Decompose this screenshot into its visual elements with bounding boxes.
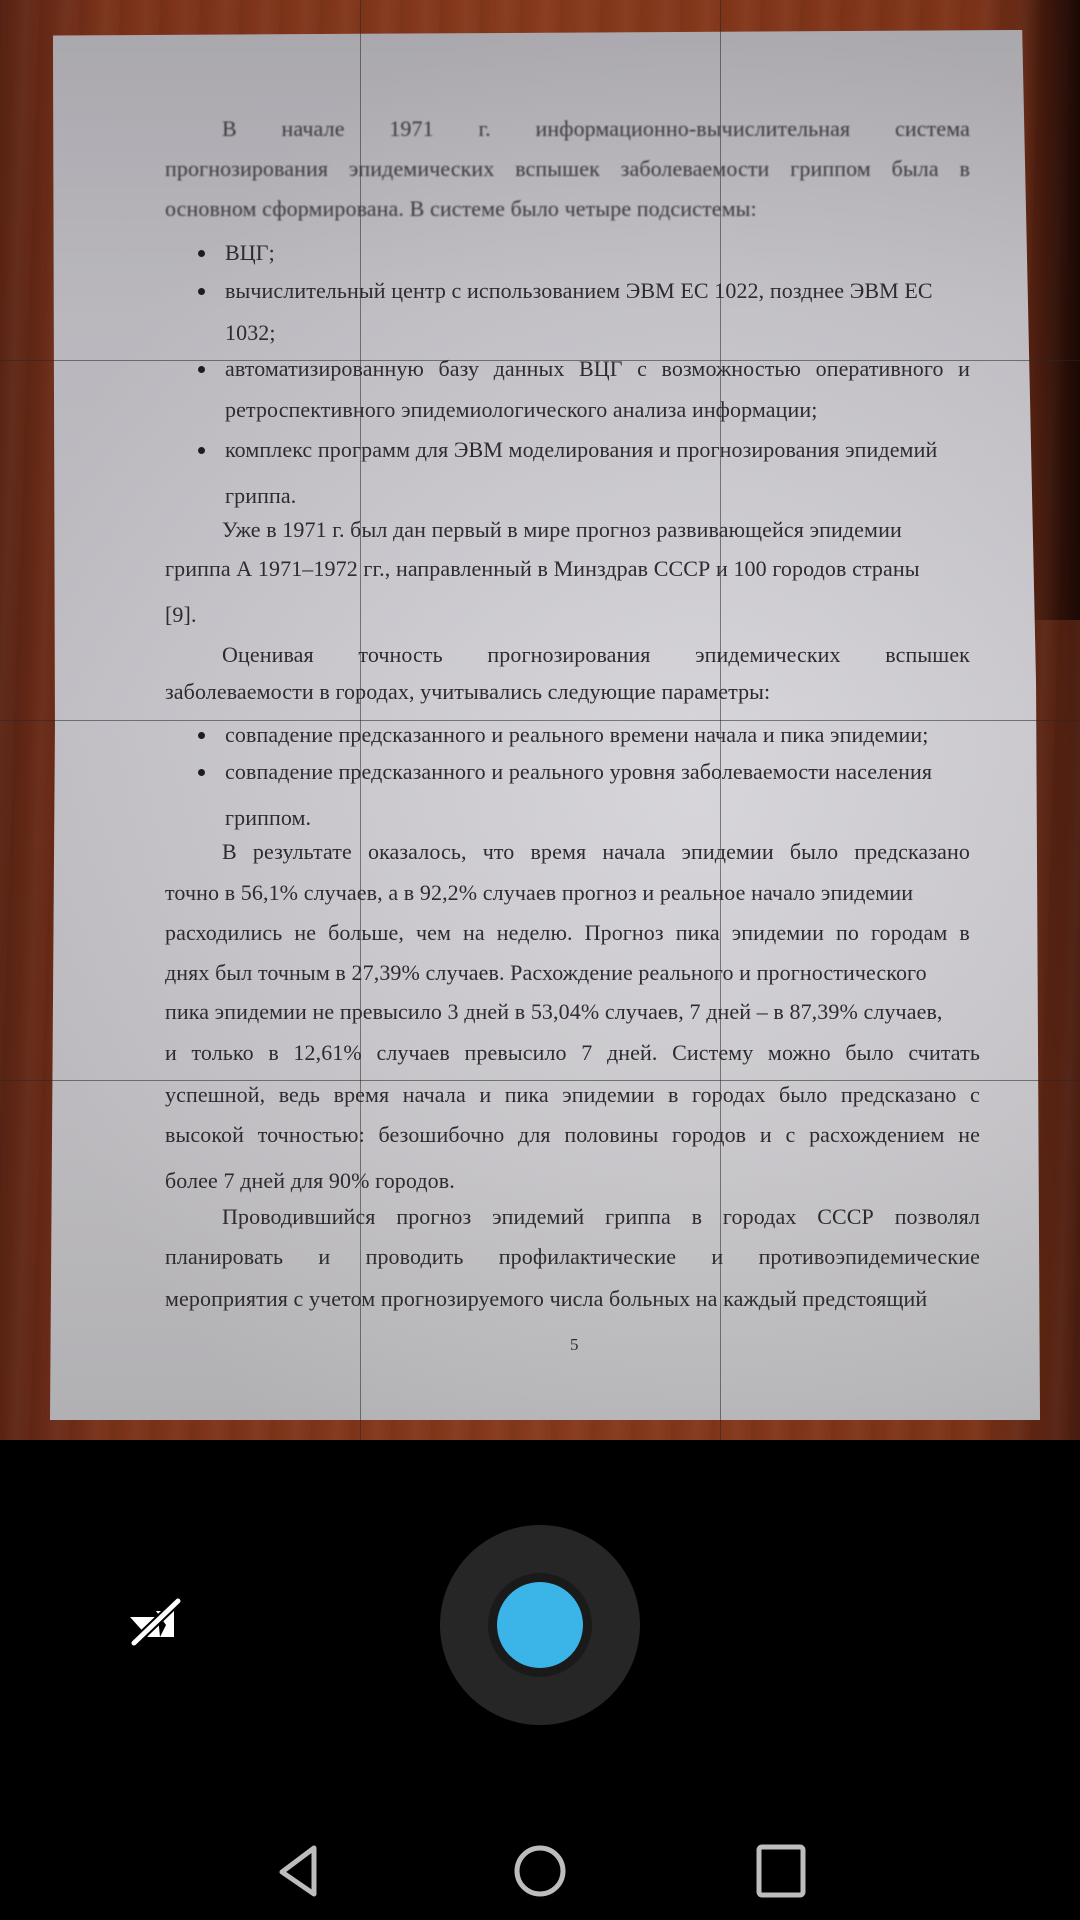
document-word: предсказано — [841, 1084, 957, 1106]
document-word: ведь — [279, 1084, 320, 1106]
document-word: в — [959, 922, 970, 944]
document-line: заболеваемости в городах, учитывались сл… — [165, 681, 770, 703]
document-line: прогнозированияэпидемическихвспышекзабол… — [165, 158, 970, 180]
document-word: и — [958, 358, 970, 380]
document-word: гриппом — [790, 158, 871, 180]
document-word: городов — [672, 1124, 746, 1146]
document-word: В — [222, 841, 237, 863]
document-word: оперативного — [816, 358, 944, 380]
document-line: Проводившийсяпрогнозэпидемийгриппавгород… — [222, 1206, 980, 1228]
bullet-dot — [198, 366, 205, 373]
bullet-dot — [198, 250, 205, 257]
document-word: больше, — [328, 922, 404, 944]
document-word: пика — [676, 922, 720, 944]
document-word: неделю. — [497, 922, 573, 944]
document-word: эпидемических — [695, 644, 841, 666]
document-word: по — [836, 922, 859, 944]
document-word: в — [692, 1206, 703, 1228]
flash-toggle-button[interactable] — [122, 1585, 198, 1661]
document-line: гриппом. — [225, 807, 311, 829]
page-number: 5 — [570, 1335, 579, 1355]
document-line: пика эпидемии не превысило 3 дней в 53,0… — [165, 1001, 943, 1023]
bullet-dot — [198, 732, 205, 739]
grid-line-horizontal-3 — [0, 1080, 1080, 1081]
document-word: проводить — [366, 1246, 464, 1268]
document-word: Оценивая — [222, 644, 314, 666]
document-line: Врезультатеоказалось,чтовремяначалаэпиде… — [222, 841, 970, 863]
document-line: успешной,ведьвремяначалаипикаэпидемиивго… — [165, 1084, 980, 1106]
document-word: не — [294, 922, 316, 944]
document-word: эпидемии — [562, 1084, 654, 1106]
document-word: информационно-вычислительная — [535, 118, 850, 140]
document-word: считать — [908, 1042, 980, 1064]
document-word: Прогноз — [585, 922, 664, 944]
document-word: эпидемий — [492, 1206, 584, 1228]
document-word: городам — [871, 922, 947, 944]
document-word: Систему — [672, 1042, 753, 1064]
nav-home-button[interactable] — [505, 1836, 575, 1906]
document-word: половины — [564, 1124, 658, 1146]
document-word: гриппа — [605, 1206, 671, 1228]
document-word: возможностью — [662, 358, 802, 380]
document-line: мероприятия с учетом прогнозируемого чис… — [165, 1288, 927, 1310]
document-line: днях был точным в 27,39% случаев. Расхож… — [165, 962, 927, 984]
document-word: базу — [439, 358, 480, 380]
document-word: превысило — [465, 1042, 567, 1064]
document-line: Уже в 1971 г. был дан первый в мире прог… — [222, 519, 902, 541]
document-word: в — [668, 1084, 679, 1106]
document-word: и — [318, 1246, 330, 1268]
document-word: городах — [692, 1084, 766, 1106]
document-line: основном сформирована. В системе было че… — [165, 198, 757, 220]
document-word: на — [463, 922, 485, 944]
nav-recents-button[interactable] — [746, 1836, 816, 1906]
document-word: только — [191, 1042, 253, 1064]
document-word: время — [334, 1084, 390, 1106]
document-line: совпадение предсказанного и реального вр… — [225, 724, 928, 746]
grid-line-horizontal-1 — [0, 360, 1080, 361]
document-word: и — [479, 1084, 491, 1106]
document-line: гриппа А 1971–1972 гг., направленный в М… — [165, 558, 920, 580]
document-word: с — [785, 1124, 795, 1146]
document-word: оказалось, — [368, 841, 467, 863]
document-word: в — [268, 1042, 279, 1064]
document-word: заболеваемости — [621, 158, 770, 180]
document-line: [9]. — [165, 604, 197, 626]
document-word: безошибочно — [379, 1124, 505, 1146]
document-word: результате — [253, 841, 352, 863]
document-word: автоматизированную — [225, 358, 424, 380]
document-line: комплекс программ для ЭВМ моделирования … — [225, 439, 937, 461]
grid-line-horizontal-2 — [0, 720, 1080, 721]
document-line: расходилисьнебольше,чемнанеделю.Прогнозп… — [165, 922, 970, 944]
document-line: 1032; — [225, 322, 276, 344]
document-line: ретроспективного эпидемиологического ана… — [225, 399, 817, 421]
bullet-dot — [198, 288, 205, 295]
flash-off-icon — [122, 1585, 198, 1661]
recents-square-icon — [746, 1836, 816, 1906]
document-word: данных — [494, 358, 565, 380]
document-word: расхождением — [809, 1124, 944, 1146]
document-word: эпидемических — [349, 158, 495, 180]
document-word: успешной, — [165, 1084, 265, 1106]
document-word: чем — [416, 922, 451, 944]
document-word: было — [845, 1042, 893, 1064]
document-line: точно в 56,1% случаев, а в 92,2% случаев… — [165, 882, 913, 904]
shutter-core — [497, 1582, 583, 1668]
document-word: вспышек — [885, 644, 970, 666]
document-line: планироватьипроводитьпрофилактическиеипр… — [165, 1246, 980, 1268]
document-line: высокойточностью:безошибочнодляполовиныг… — [165, 1124, 980, 1146]
document-word: эпидемии — [682, 841, 774, 863]
document-word: ВЦГ — [579, 358, 623, 380]
document-word: с — [637, 358, 647, 380]
document-line: вычислительный центр с использованием ЭВ… — [225, 280, 933, 302]
document-word: была — [892, 158, 939, 180]
document-word: В — [222, 118, 237, 140]
document-word: прогнозирования — [487, 644, 650, 666]
document-word: 12,61% — [293, 1042, 361, 1064]
document-word: можно — [768, 1042, 831, 1064]
document-word: и — [711, 1246, 723, 1268]
shutter-button[interactable] — [440, 1525, 640, 1725]
document-word: и — [165, 1042, 177, 1064]
document-word: было — [779, 1084, 827, 1106]
document-word: высокой — [165, 1124, 244, 1146]
document-word: эпидемии — [732, 922, 824, 944]
nav-back-button[interactable] — [264, 1836, 334, 1906]
document-word: и — [760, 1124, 772, 1146]
camera-preview[interactable]: Вначале1971г.информационно-вычислительна… — [0, 0, 1080, 1440]
document-word: Проводившийся — [222, 1206, 376, 1228]
document-word: прогнозирования — [165, 158, 328, 180]
document-word: для — [518, 1124, 551, 1146]
document-word: точностью: — [258, 1124, 365, 1146]
document-word: позволял — [895, 1206, 980, 1228]
document-word: было — [790, 841, 838, 863]
bullet-dot — [198, 769, 205, 776]
document-word: расходились — [165, 922, 282, 944]
back-triangle-icon — [264, 1836, 334, 1906]
document-word: точность — [358, 644, 442, 666]
document-word: 1971 — [389, 118, 433, 140]
document-word: начала — [602, 841, 665, 863]
document-word: городах — [723, 1206, 797, 1228]
document-word: с — [970, 1084, 980, 1106]
document-word: прогноз — [396, 1206, 471, 1228]
document-line: итольков12,61%случаевпревысило7дней.Сист… — [165, 1042, 980, 1064]
document-word: начала — [403, 1084, 466, 1106]
document-word: пика — [505, 1084, 549, 1106]
document-word: вспышек — [515, 158, 600, 180]
document-line: автоматизированнуюбазуданныхВЦГсвозможно… — [225, 358, 970, 380]
document-word: СССР — [817, 1206, 874, 1228]
document-word: противоэпидемические — [759, 1246, 980, 1268]
bullet-dot — [198, 447, 205, 454]
document-line: более 7 дней для 90% городов. — [165, 1170, 455, 1192]
document-word: профилактические — [499, 1246, 676, 1268]
document-word: начале — [282, 118, 345, 140]
document-word: 7 — [581, 1042, 592, 1064]
home-circle-icon — [505, 1836, 575, 1906]
document-word: что — [483, 841, 515, 863]
document-word: дней. — [607, 1042, 658, 1064]
document-word: система — [895, 118, 970, 140]
document-word: г. — [478, 118, 490, 140]
document-line: ВЦГ; — [225, 242, 275, 264]
document-word: не — [958, 1124, 980, 1146]
document-line: Оцениваяточностьпрогнозированияэпидемиче… — [222, 644, 970, 666]
shutter-ring — [488, 1573, 592, 1677]
document-line: совпадение предсказанного и реального ур… — [225, 761, 932, 783]
document-word: случаев — [376, 1042, 449, 1064]
document-word: предсказано — [854, 841, 970, 863]
document-word: планировать — [165, 1246, 283, 1268]
document-line: гриппа. — [225, 485, 296, 507]
document-line: Вначале1971г.информационно-вычислительна… — [222, 118, 970, 140]
document-word: время — [531, 841, 587, 863]
document-word: в — [960, 158, 971, 180]
